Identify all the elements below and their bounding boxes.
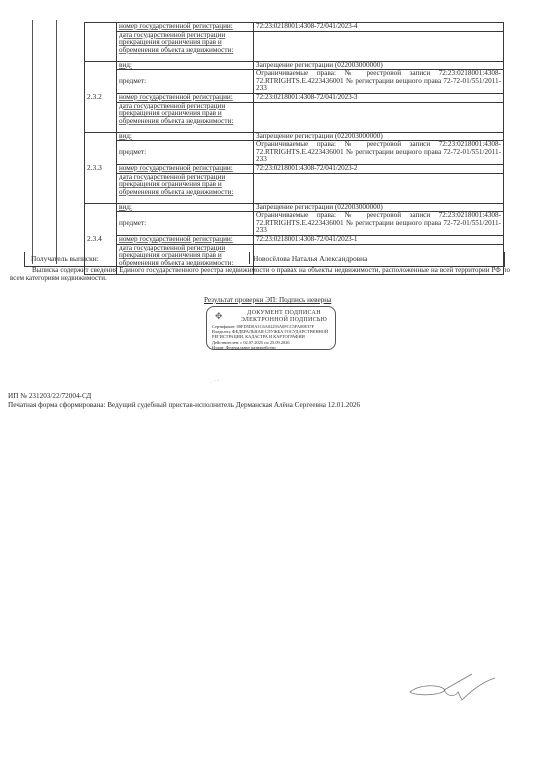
encumbrance-table: номер государственной регистрации: 72:23… (84, 22, 504, 275)
field-label: предмет: (117, 70, 254, 94)
table-row: номер государственной регистрации: 72:23… (85, 164, 504, 173)
row-number (85, 23, 117, 62)
margin-line-outer (32, 20, 33, 264)
stamp-issuer: Издан: Федеральное казначейство (212, 345, 332, 350)
table-row: номер государственной регистрации: 72:23… (85, 23, 504, 32)
extract-note: Выписка содержит сведения Единого госуда… (10, 266, 510, 282)
field-value: Ограничиваемые права: № реестровой запис… (254, 141, 504, 165)
signature-check-result: Результат проверки ЭП: Подпись неверна (204, 296, 331, 304)
field-label: предмет: (117, 141, 254, 165)
stamp-title: ДОКУМЕНТ ПОДПИСАН ЭЛЕКТРОННОЙ ПОДПИСЬЮ (239, 310, 329, 323)
table-row: предмет: Ограничиваемые права: № реестро… (85, 70, 504, 94)
field-label: дата государственной регистрации прекращ… (117, 173, 254, 203)
table-row: номер государственной регистрации: 72:23… (85, 235, 504, 244)
field-value (254, 102, 504, 132)
field-label: номер государственной регистрации: (117, 164, 254, 173)
row-number: 2.3.2 (85, 61, 117, 132)
table-row: номер государственной регистрации: 72:23… (85, 93, 504, 102)
recipient-name: Новосёлова Наталья Александровна (249, 252, 367, 264)
row-number: 2.3.3 (85, 132, 117, 203)
table-row: предмет: Ограничиваемые права: № реестро… (85, 141, 504, 165)
coat-of-arms-icon: ✥ (215, 311, 227, 321)
field-value: Ограничиваемые права: № реестровой запис… (254, 70, 504, 94)
recipient-row: Получатель выписки: Новосёлова Наталья А… (24, 252, 505, 267)
field-value: 72:23:0218001:4308-72/041/2023-2 (254, 164, 504, 173)
stamp-title-line1: ДОКУМЕНТ ПОДПИСАН (239, 310, 329, 317)
field-label: номер государственной регистрации: (117, 23, 254, 32)
table-row: предмет: Ограничиваемые права: № реестро… (85, 212, 504, 236)
field-label: номер государственной регистрации: (117, 235, 254, 244)
stamp-title-line2: ЭЛЕКТРОННОЙ ПОДПИСЬЮ (239, 317, 329, 324)
footer: ИП № 231203/22/72004-СД Печатная форма с… (8, 392, 360, 409)
field-label: дата государственной регистрации прекращ… (117, 31, 254, 61)
printed-by: Печатная форма сформирована: Ведущий суд… (8, 401, 360, 410)
field-value (254, 173, 504, 203)
case-number: ИП № 231203/22/72004-СД (8, 392, 360, 401)
stamp-details: Сертификат: 00FD5D0A1C6A02293A0FCC5FA00E… (212, 324, 332, 350)
field-label: дата государственной регистрации прекращ… (117, 102, 254, 132)
scan-speck: · ˉ ˉ (210, 380, 219, 386)
table-row: дата государственной регистрации прекращ… (85, 173, 504, 203)
margin-line-inner (56, 20, 57, 264)
field-label: номер государственной регистрации: (117, 93, 254, 102)
field-label: вид: (117, 132, 254, 141)
field-value (254, 31, 504, 61)
stamp-owner: Владелец: ФЕДЕРАЛЬНАЯ СЛУЖБА ГОСУДАРСТВЕ… (212, 329, 332, 339)
field-label: вид: (117, 203, 254, 212)
handwritten-signature (400, 670, 510, 710)
field-value: 72:23:0218001:4308-72/041/2023-3 (254, 93, 504, 102)
table-row: дата государственной регистрации прекращ… (85, 102, 504, 132)
recipient-label: Получатель выписки: (31, 254, 99, 263)
e-signature-stamp: ✥ ДОКУМЕНТ ПОДПИСАН ЭЛЕКТРОННОЙ ПОДПИСЬЮ… (206, 306, 336, 350)
field-label: вид: (117, 61, 254, 70)
field-value: 72:23:0218001:4308-72/041/2023-1 (254, 235, 504, 244)
table-row: дата государственной регистрации прекращ… (85, 31, 504, 61)
field-value: Ограничиваемые права: № реестровой запис… (254, 212, 504, 236)
field-value: 72:23:0218001:4308-72/041/2023-4 (254, 23, 504, 32)
field-label: предмет: (117, 212, 254, 236)
